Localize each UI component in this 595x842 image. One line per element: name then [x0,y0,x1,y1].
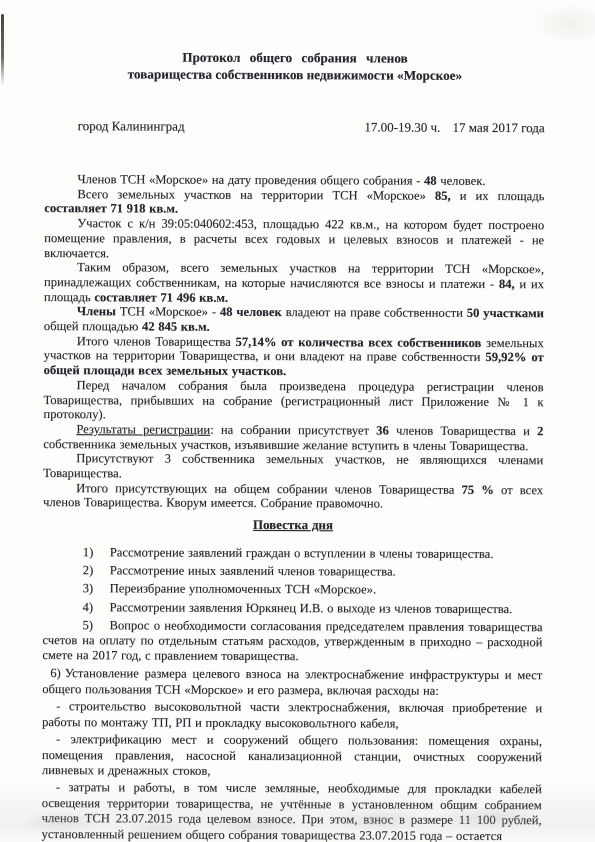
list-number: 3) [83,582,110,597]
list-number: 5) [82,618,109,633]
text-block: Итого членов Товарищества 57,14% от коли… [44,334,544,380]
agenda-heading: Повестка дня [43,517,543,534]
text-block: Присутствуют 3 собственника земельных уч… [43,451,543,483]
text-block: 6)Установление размера целевого взноса н… [42,666,542,699]
list-number: 2) [83,563,110,578]
text-run: владеют на праве собственности [282,305,467,320]
text-run: человек. [437,174,486,188]
text-run: 57,14% от количества всех собственников [235,335,481,350]
text-run: 50 участками [467,306,544,320]
text-block: Итого присутствующих на общем собрании ч… [43,481,543,513]
text-run: Всего земельных участков на территории Т… [77,187,435,203]
scan-smudge-bottom [0,782,595,842]
text-run: собственника земельных участков, изъявив… [43,437,528,453]
text-run: 48 [424,174,437,188]
document-title: Протокол общего собрания членов товарище… [45,49,545,84]
text-run: 85, [435,188,451,202]
text-run: и их площадь [451,188,545,202]
text-run: : на собрании присутствует [210,423,376,438]
text-run: ТСН «Морское» - [116,305,220,319]
text-block: Таким образом, всего земельных участков … [44,260,544,306]
text-run: Установление размера целевого взноса на … [42,667,542,698]
city-label: город Калининград [78,118,185,134]
document-page: Протокол общего собрания членов товарище… [0,0,595,842]
document-body: Членов ТСН «Морское» на дату проведения … [42,172,545,842]
text-run: Итого присутствующих на общем собрании ч… [76,481,461,497]
document-content: Протокол общего собрания членов товарище… [42,49,545,842]
list-number: 1) [83,545,110,560]
text-block: Участок с к/н 39:05:040602:453, площадью… [44,216,544,262]
text-block: 5)Вопрос о необходимости согласования пр… [42,618,542,665]
text-run: Рассмотрение заявлений граждан о вступле… [110,545,494,561]
list-number: 4) [83,600,110,615]
text-run: Рассмотрении заявления Юркянец И.В. о вы… [110,600,513,616]
list-number: 6) [50,666,61,680]
text-run: Рассмотрение иных заявлений членов товар… [110,563,396,578]
title-line-2: товарищества собственников недвижимости … [45,65,545,84]
text-block: - электрификацию мест и сооружений общег… [42,732,542,780]
text-block: Результаты регистрации: на собрании прис… [43,422,543,454]
text-run: 84, [499,277,515,291]
text-run: Перед началом собрания была произведена … [43,378,543,422]
text-run: Результаты регистрации [76,422,210,437]
meta-row: город Калининград 17.00-19.30 ч. 17 мая … [45,118,545,136]
text-block: Перед началом собрания была произведена … [43,378,543,424]
text-run: членов Товарищества и [389,423,537,438]
scan-edge-artifact [1,14,4,86]
text-run: Таким образом, всего земельных участков … [44,260,544,291]
text-block: 4)Рассмотрении заявления Юркянец И.В. о … [43,600,543,617]
text-run: 2 [537,424,543,438]
text-run: Члены [77,304,116,318]
text-run: Повестка дня [253,517,333,532]
text-run: - электрификацию мест и сооружений общег… [42,732,542,777]
text-run: составляет 71 918 кв.м. [44,201,178,216]
text-block: Всего земельных участков на территории Т… [44,187,544,219]
text-run: 75 % [461,483,493,497]
text-block: 1)Рассмотрение заявлений граждан о вступ… [43,545,543,562]
text-block: 2)Рассмотрение иных заявлений членов тов… [43,563,543,580]
text-block: - строительство высоковольтной части эле… [42,699,542,732]
time-range: 17.00-19.30 ч. [364,119,440,134]
text-run: 36 [376,423,389,437]
text-run: 42 845 кв.м. [142,319,210,333]
text-run: Вопрос о необходимости согласования пред… [42,618,542,663]
text-run: 48 человек [220,305,282,319]
text-run: - строительство высоковольтной части эле… [42,699,542,730]
text-run: общей площадью [44,319,142,333]
text-run: Итого членов Товарищества [77,334,236,349]
text-block: Члены ТСН «Морское» - 48 человек владеют… [44,304,544,336]
text-block: 3)Переизбрание уполномоченных ТСН «Морск… [43,581,543,598]
text-run: составляет 71 496 кв.м. [94,290,228,305]
text-run: Присутствуют 3 собственника земельных уч… [43,451,543,480]
text-run: Участок с к/н 39:05:040602:453, площадью… [44,216,544,260]
text-run: Членов ТСН «Морское» на дату проведения … [77,172,424,188]
date-label: 17 мая 2017 года [452,120,544,135]
datetime-label: 17.00-19.30 ч. 17 мая 2017 года [355,119,544,136]
text-run: Переизбрание уполномоченных ТСН «Морское… [110,582,377,597]
